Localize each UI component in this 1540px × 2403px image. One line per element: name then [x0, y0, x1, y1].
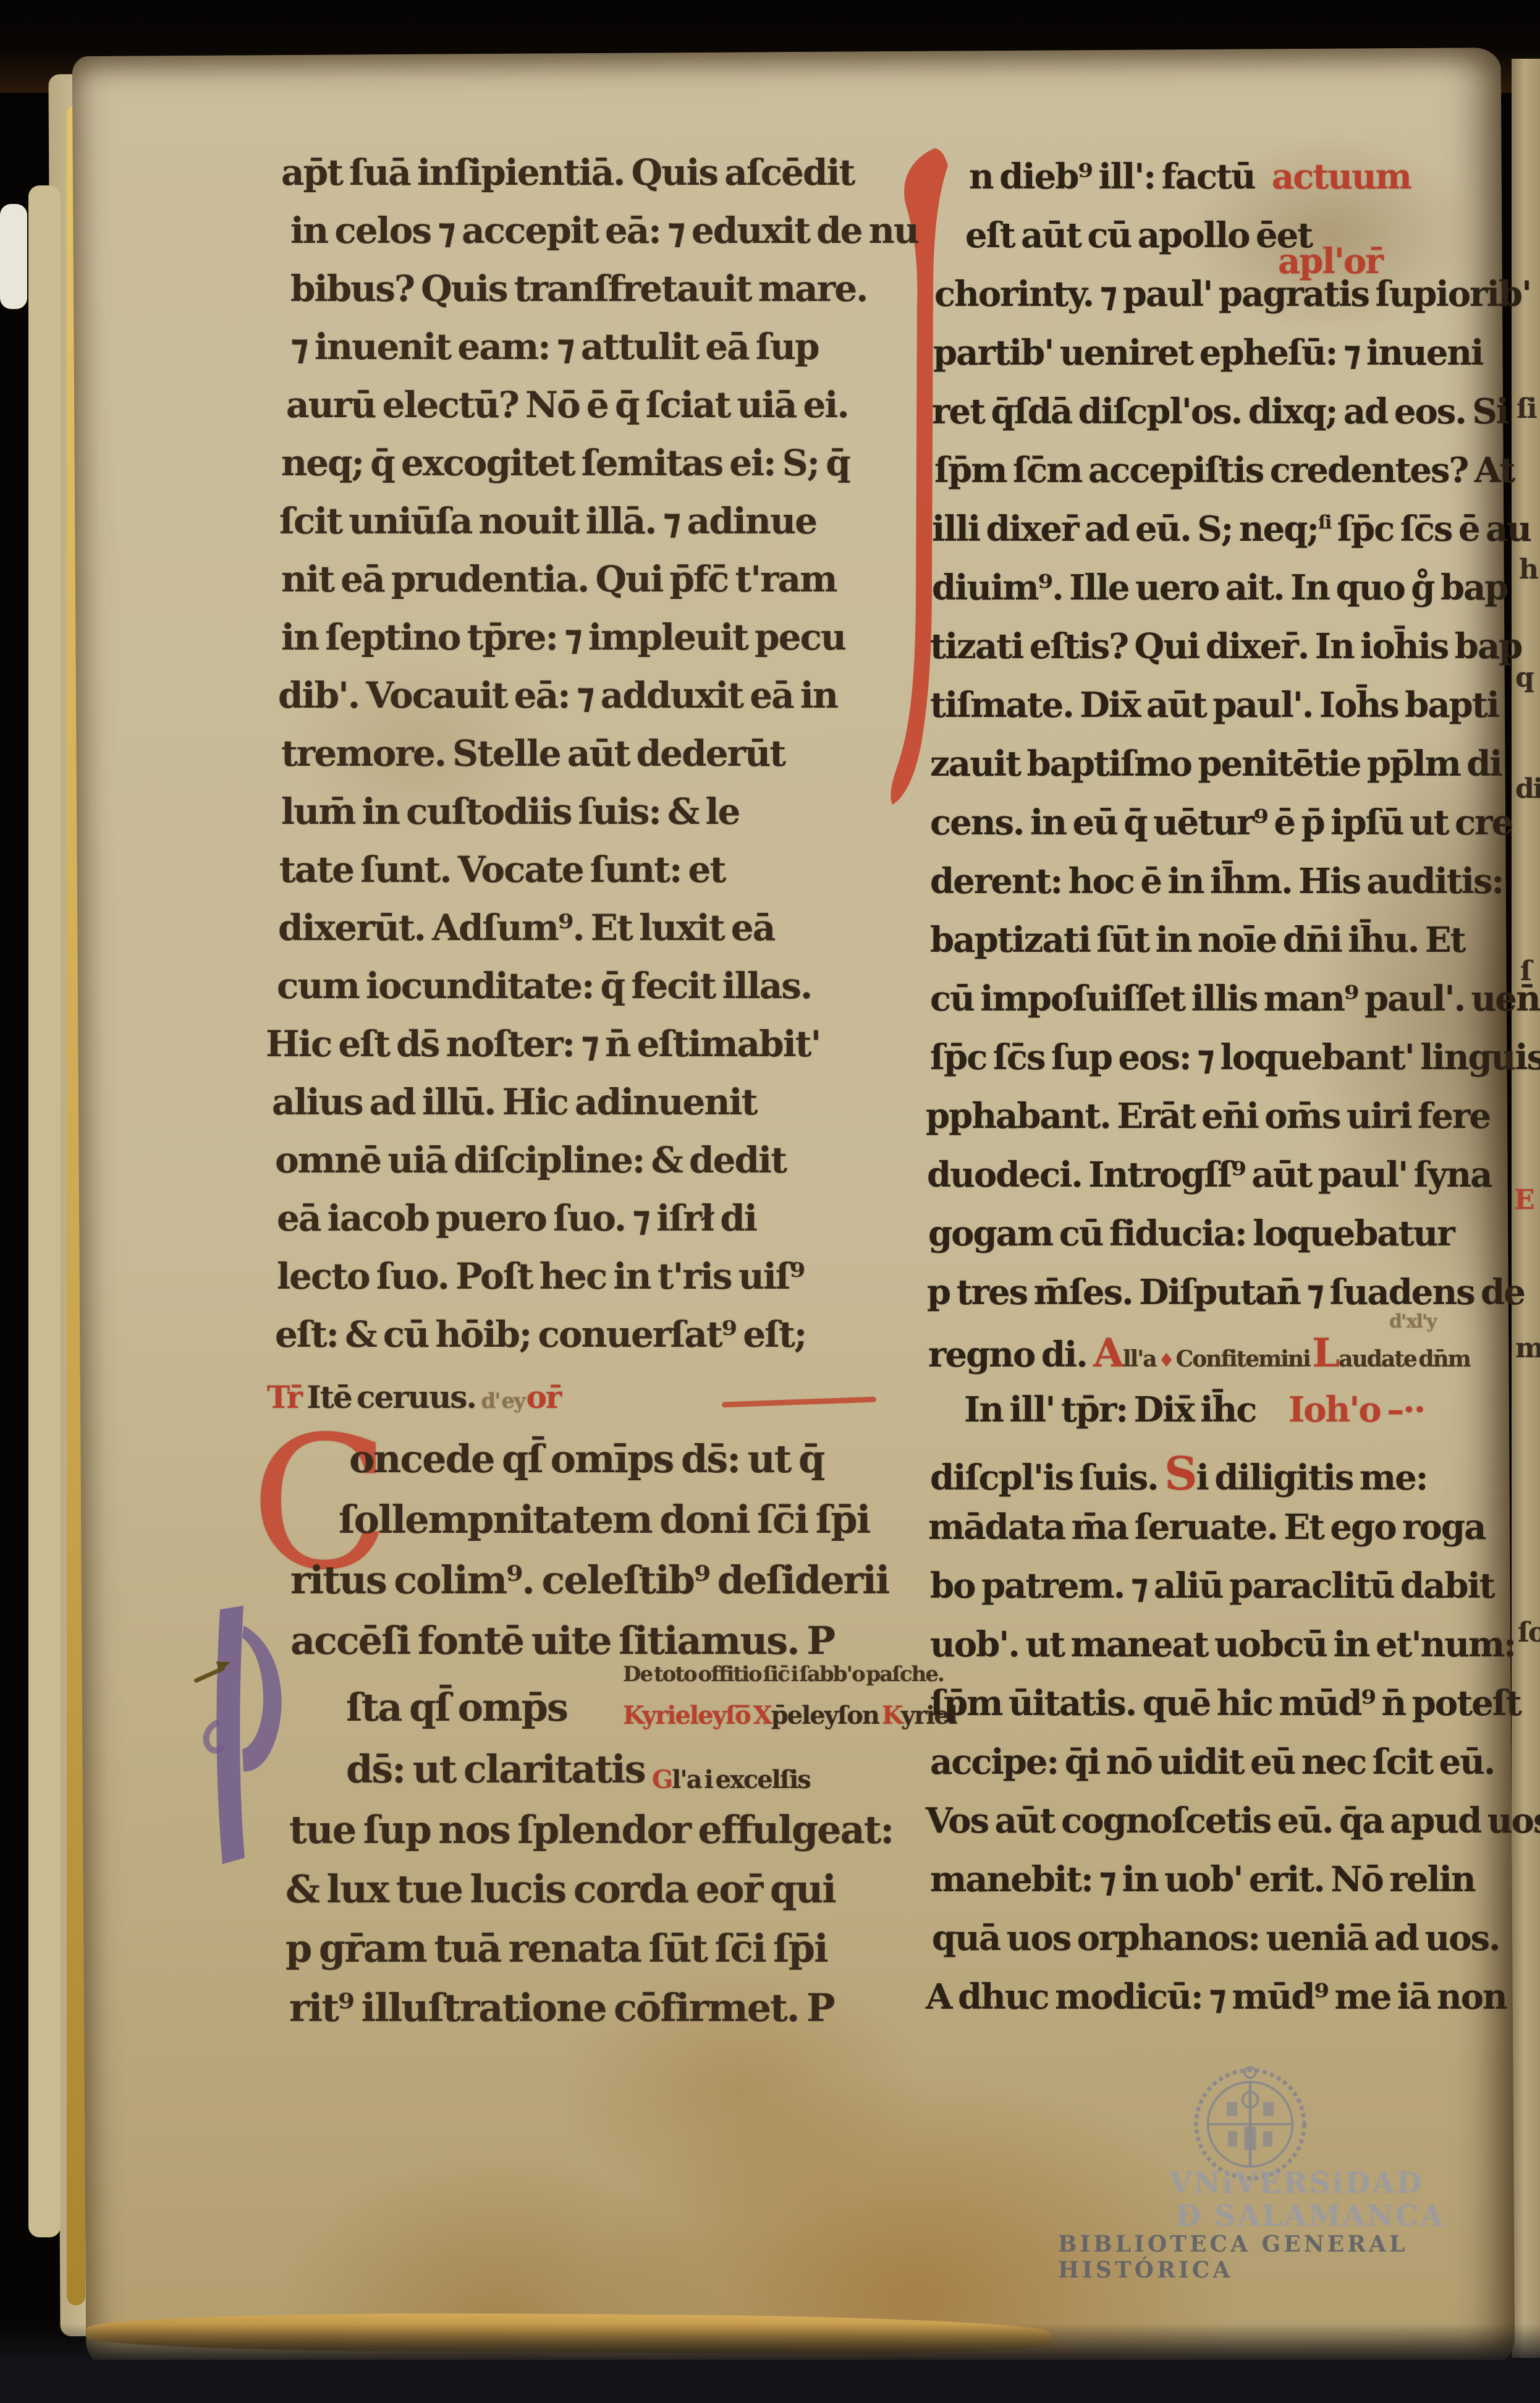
watermark-university-name: VNiVERSiDAD	[1169, 2166, 1423, 2200]
manuscript-line: mādata m̄a ſeruate. Et ego roga	[928, 1510, 1485, 1545]
manuscript-line: tue ſup nos ſplendor effulgeat:	[289, 1811, 893, 1849]
manuscript-line: d' xl'y	[1389, 1313, 1436, 1331]
manuscript-line: chorinty. ⁊ paul' pagratis ſupiorib'	[934, 277, 1531, 311]
body-text: & lux tue lucis corda eor̄ qui	[286, 1867, 836, 1912]
manuscript-line: ds̄: ut claritatis	[346, 1750, 645, 1789]
manuscript-line: in celos ⁊ accepit eā: ⁊ eduxit de nu	[290, 213, 918, 248]
body-text: pphabant. Erāt en̄i om̄s uiri fere	[926, 1096, 1490, 1137]
manuscript-line: omnē uiā diſcipline: & dedit	[275, 1142, 786, 1178]
body-text: p̄eleyſon	[771, 1701, 882, 1730]
body-text: tue ſup nos ſplendor effulgeat:	[289, 1807, 893, 1852]
body-text: ſcit uniūſa nouit illā. ⁊ adinue	[279, 500, 816, 542]
manuscript-line: dib'. Vocauit eā: ⁊ adduxit eā in	[278, 677, 837, 713]
manuscript-line: A dhuc modicū: ⁊ mūd⁹ me iā non	[926, 1980, 1507, 2014]
rubric-text: K	[882, 1701, 901, 1730]
manuscript-line: De toto offitio ſic̄ i ſabb'o paſche.	[623, 1664, 944, 1685]
manuscript-line: cum iocunditate: q̄ fecit illas.	[277, 968, 811, 1004]
body-text: A dhuc modicū: ⁊ mūd⁹ me iā non	[926, 1977, 1507, 2017]
manuscript-line: ſta qſ̄ omp̄s	[346, 1689, 567, 1727]
underlying-page-edge	[28, 185, 61, 2237]
body-text: Confitemini	[1174, 1346, 1312, 1372]
body-text: tiſmate. Dix̄ aūt paul'. Ioh̄s bapti	[930, 685, 1499, 726]
body-text: tremore. Stelle aūt dederūt	[281, 732, 785, 774]
body-text: ap̄t ſuā inſipientiā. Quis aſcēdit	[281, 151, 854, 193]
body-text: manebit: ⁊ in uob' erit. Nō relin	[930, 1859, 1475, 1900]
manuscript-line: Vos aūt cognoſcetis eū. q̄a apud uos	[926, 1803, 1540, 1838]
manuscript-line: lum̄ in cuſtodiis ſuis: & le	[281, 794, 739, 829]
manuscript-line: ſp̄c ſc̄s ſup eos: ⁊ loquebant' linguis	[930, 1040, 1540, 1075]
body-text: accipe: q̄i nō uidit eū nec ſcit eū.	[930, 1742, 1494, 1782]
watermark-library-name: BIBLIOTECA GENERAL HISTÓRICA	[1058, 2231, 1540, 2283]
manuscript-line: quā uos orphanos: ueniā ad uos.	[932, 1921, 1500, 1956]
body-text: ſi	[1318, 512, 1331, 533]
body-text: ſp̄m ūitatis. quē hic mūd⁹ n̄ poteſt	[930, 1683, 1521, 1724]
body-text: p gr̄am tuā renata ſūt ſc̄i ſp̄i	[286, 1926, 827, 1971]
university-seal-watermark	[1191, 2066, 1309, 2183]
body-text: alius ad illū. Hic adinuenit	[272, 1081, 756, 1123]
manuscript-line: ret q̄ſdā diſcpl'os. dixq; ad eos. Si	[932, 394, 1508, 429]
manuscript-line: neq; q̄ excogitet ſemitas ei: S; q̄	[281, 445, 850, 481]
rubric-text: X	[753, 1701, 771, 1730]
body-text: i diligitis me:	[1196, 1457, 1428, 1498]
manuscript-line: pphabant. Erāt en̄i om̄s uiri fere	[926, 1099, 1490, 1134]
body-text: eā iacob puero ſuo. ⁊ iſrł di	[277, 1197, 756, 1239]
manuscript-line: bo patrem. ⁊ aliū paraclitū dabit	[930, 1569, 1494, 1603]
manuscript-line: tiſmate. Dix̄ aūt paul'. Ioh̄s bapti	[930, 688, 1499, 723]
body-text: tate ſunt. Vocate ſunt: et	[279, 849, 725, 891]
manuscript-line: bibus? Quis tranſfretauit mare.	[290, 271, 867, 307]
manuscript-line: ſcit uniūſa nouit illā. ⁊ adinue	[279, 503, 816, 539]
manuscript-line: diſcpl'is ſuis. Si diligitis me:	[930, 1451, 1427, 1497]
body-text: nit eā prudentia. Qui p̄fc̄ t'ram	[281, 558, 837, 600]
manuscript-line: Hic eſt ds̄ noſter: ⁊ n̄ eſtimabit'	[266, 1026, 820, 1062]
body-text: mādata m̄a ſeruate. Et ego roga	[928, 1507, 1485, 1548]
body-text: accēſi fontē uite ſitiamus. P	[290, 1618, 834, 1663]
body-text: eſt aūt cū apollo ēet	[965, 215, 1312, 256]
body-text: diuim⁹. Ille uero ait. In quo g̊ bap	[932, 567, 1508, 608]
backdrop-bottom-fade	[0, 2324, 1540, 2361]
manuscript-line: eſt aūt cū apollo ēetapl'or̄	[965, 218, 1312, 253]
body-text: ⁊ inuenit eam: ⁊ attulit eā ſup	[290, 326, 819, 368]
manuscript-line: alius ad illū. Hic adinuenit	[272, 1084, 756, 1120]
manuscript-line: cū impoſuiſſet illis man⁹ paul'. uen̄	[930, 981, 1540, 1016]
body-text: ſollempnitatem doni ſc̄i ſp̄i	[339, 1497, 869, 1542]
body-text: aurū electū? Nō ē q̄ ſciat uiā ei.	[286, 384, 848, 426]
manuscript-line: ſp̄m ſc̄m accepiſtis credentes? At	[934, 453, 1514, 488]
manuscript-line: accipe: q̄i nō uidit eū nec ſcit eū.	[930, 1745, 1494, 1779]
manuscript-line: & lux tue lucis corda eor̄ qui	[286, 1870, 836, 1909]
facing-page-text-fragment: di	[1515, 776, 1540, 803]
body-text: cū impoſuiſſet illis man⁹ paul'. uen̄	[930, 978, 1540, 1019]
manuscript-line: manebit: ⁊ in uob' erit. Nō relin	[930, 1862, 1475, 1897]
manuscript-line: tremore. Stelle aūt dederūt	[281, 735, 785, 771]
manuscript-line: ſp̄m ūitatis. quē hic mūd⁹ n̄ poteſt	[930, 1686, 1521, 1721]
manuscript-line: ſollempnitatem doni ſc̄i ſp̄i	[339, 1501, 869, 1539]
body-text: De toto offitio ſic̄ i ſabb'o paſche.	[623, 1662, 944, 1687]
manuscript-line: eā iacob puero ſuo. ⁊ iſrł di	[277, 1200, 756, 1236]
body-text: ſp̄c ſc̄s ē au	[1331, 509, 1531, 549]
manuscript-line: baptizati ſūt in noīe dn̄i ih̄u. Et	[930, 923, 1465, 957]
body-text: rit⁹ illuſtratione cōfirmet. P	[289, 1985, 834, 2030]
body-text: quā uos orphanos: ueniā ad uos.	[932, 1918, 1500, 1959]
body-text: chorinty. ⁊ paul' pagratis ſupiorib'	[934, 274, 1531, 315]
manuscript-line: oncede qſ̄ omīps ds̄: ut q̄	[349, 1440, 824, 1478]
manuscript-line: nit eā prudentia. Qui p̄fc̄ t'ram	[281, 561, 837, 597]
body-text: regno di.	[928, 1334, 1093, 1375]
manuscript-line: gogam cū fiducia: loquebatur	[928, 1216, 1454, 1251]
manuscript-line: accēſi fontē uite ſitiamus. P	[290, 1622, 834, 1660]
manuscript-line: cens. in eū q̄ uētur⁹ ē p̄ ipſū ut cre	[930, 805, 1512, 840]
body-text: ſp̄c ſc̄s ſup eos: ⁊ loquebant' linguis	[930, 1037, 1540, 1078]
manuscript-line: rit⁹ illuſtratione cōfirmet. P	[289, 1989, 834, 2027]
body-text: in celos ⁊ accepit eā: ⁊ eduxit de nu	[290, 210, 918, 252]
manuscript-line: p gr̄am tuā renata ſūt ſc̄i ſp̄i	[286, 1930, 827, 1968]
body-text: n dieb⁹ ill': factū	[969, 156, 1255, 197]
manuscript-line: in ſeptino tp̄re: ⁊ impleuit pecu	[281, 619, 845, 655]
manuscript-line: zauit baptiſmo penitētie pp̄lm di	[930, 747, 1502, 781]
manuscript-line: In ill' tp̄r: Dix̄ ih̄cIoh'o –··	[964, 1392, 1256, 1427]
body-text: ds̄: ut claritatis	[346, 1747, 645, 1792]
body-text: omnē uiā diſcipline: & dedit	[275, 1139, 786, 1181]
body-text: Hic eſt ds̄ noſter: ⁊ n̄ eſtimabit'	[266, 1023, 820, 1065]
body-text: eſt: & cū hōib; conuerſat⁹ eſt;	[275, 1313, 806, 1355]
body-text: baptizati ſūt in noīe dn̄i ih̄u. Et	[930, 920, 1465, 960]
body-text: neq; q̄ excogitet ſemitas ei: S; q̄	[281, 442, 850, 484]
body-text: lum̄ in cuſtodiis ſuis: & le	[281, 790, 739, 833]
manuscript-line: n dieb⁹ ill': factūactuum	[969, 159, 1255, 194]
body-text: d' ey	[481, 1389, 526, 1413]
body-text: partib' ueniret epheſū: ⁊ inueni	[933, 333, 1483, 373]
backdrop-bottom-felt	[0, 2360, 1540, 2403]
body-text: Itē ceruus.	[307, 1379, 481, 1415]
underlying-page-edge-bright	[0, 204, 27, 309]
manuscript-line: illi dixer̄ ad eū. S; neq;ſi ſp̄c ſc̄s ē…	[932, 512, 1531, 546]
manuscript-line: Gl'a i excelſis	[652, 1768, 810, 1792]
body-text: in ſeptino tp̄re: ⁊ impleuit pecu	[281, 616, 845, 658]
purple-initial-P	[183, 1604, 294, 1867]
body-text: uob'. ut maneat uobcū in et'num:	[930, 1624, 1515, 1665]
manuscript-photo-canvas: C VNiVERSiDAD Đ SALAMANCA BIBLIOTECA GEN…	[0, 0, 1540, 2403]
body-text: dixerūt. Adſum⁹. Et luxit eā	[278, 907, 774, 949]
body-text: zauit baptiſmo penitētie pp̄lm di	[930, 744, 1502, 784]
rubric-text: S	[1164, 1447, 1196, 1501]
rubric-text: G	[652, 1765, 672, 1794]
body-text: diſcpl'is ſuis.	[930, 1457, 1164, 1498]
rubric-text: L	[1312, 1330, 1339, 1376]
manuscript-line: duodeci. Introgſſ⁹ aūt paul' ſyna	[927, 1158, 1491, 1192]
rubric-text: Kyrieleyſo̅	[623, 1701, 753, 1730]
rubric-text: A	[1093, 1330, 1123, 1376]
body-text: tizati eſtis? Qui dixer̄. In ioh̄is bap	[930, 626, 1521, 667]
body-text: audate dn̄m	[1339, 1346, 1470, 1372]
manuscript-line: aurū electū? Nō ē q̄ ſciat uiā ei.	[286, 387, 848, 423]
rubric-text: Ioh'o –··	[1288, 1392, 1424, 1427]
body-text: oncede qſ̄ omīps ds̄: ut q̄	[349, 1436, 824, 1481]
manuscript-line: ritus colim⁹. celeſtib⁹ deſiderii	[290, 1561, 889, 1600]
body-text: bo patrem. ⁊ aliū paraclitū dabit	[930, 1566, 1494, 1606]
manuscript-line: ⁊ inuenit eam: ⁊ attulit eā ſup	[290, 329, 819, 365]
manuscript-line: Tr̄ Itē ceruus. d' ey or̄	[267, 1382, 561, 1413]
manuscript-line: regno di. All'a ♦ Confitemini Laudate dn…	[928, 1334, 1470, 1373]
body-text: lecto ſuo. Poſt hec in t'ris uiſ⁹	[277, 1255, 804, 1297]
body-text: d' xl'y	[1389, 1311, 1436, 1333]
manuscript-line: tizati eſtis? Qui dixer̄. In ioh̄is bap	[930, 629, 1521, 664]
watermark-university-name-2: Đ SALAMANCA	[1175, 2199, 1445, 2233]
facing-page-text-fragment: E	[1514, 1187, 1534, 1214]
manuscript-line: uob'. ut maneat uobcū in et'num:	[930, 1627, 1515, 1662]
body-text: gogam cū fiducia: loquebatur	[928, 1213, 1454, 1254]
facing-page-text-fragment: me	[1515, 1335, 1540, 1362]
manuscript-line: ap̄t ſuā inſipientiā. Quis aſcēdit	[281, 155, 854, 190]
body-text: illi dixer̄ ad eū. S; neq;	[932, 509, 1318, 549]
rubric-text: or̄	[527, 1379, 561, 1415]
body-text: duodeci. Introgſſ⁹ aūt paul' ſyna	[927, 1155, 1491, 1195]
body-text: l'a i excelſis	[672, 1765, 810, 1794]
facing-page-text-fragment: ſo	[1518, 1619, 1540, 1646]
manuscript-line: derent: hoc ē in ih̄m. His auditis:	[930, 864, 1503, 899]
body-text: In ill' tp̄r: Dix̄ ih̄c	[964, 1389, 1256, 1430]
facing-page-text-fragment: q	[1515, 664, 1533, 692]
manuscript-line: partib' ueniret epheſū: ⁊ inueni	[933, 336, 1483, 370]
manuscript-line: eſt: & cū hōib; conuerſat⁹ eſt;	[275, 1316, 806, 1352]
manuscript-line: dixerūt. Adſum⁹. Et luxit eā	[278, 910, 774, 946]
manuscript-line: Kyrieleyſo̅ Xp̄eleyſon Kyriel'	[623, 1703, 963, 1728]
rubric-text: actuum	[1272, 159, 1411, 194]
body-text: Vos aūt cognoſcetis eū. q̄a apud uos	[926, 1800, 1540, 1841]
body-text: bibus? Quis tranſfretauit mare.	[290, 268, 867, 310]
body-text: ſta qſ̄ omp̄s	[346, 1685, 567, 1730]
body-text: p tres m̄ſes. Diſputan̄ ⁊ ſuadens de	[927, 1272, 1525, 1313]
body-text: ſp̄m ſc̄m accepiſtis credentes? At	[934, 450, 1514, 491]
body-text: ll'a	[1123, 1346, 1158, 1372]
body-text: derent: hoc ē in ih̄m. His auditis:	[930, 861, 1503, 902]
manuscript-line: diuim⁹. Ille uero ait. In quo g̊ bap	[932, 570, 1508, 605]
body-text: ret q̄ſdā diſcpl'os. dixq; ad eos. Si	[932, 391, 1508, 432]
body-text: cens. in eū q̄ uētur⁹ ē p̄ ipſū ut cre	[930, 802, 1512, 843]
manuscript-line: p tres m̄ſes. Diſputan̄ ⁊ ſuadens de	[927, 1275, 1525, 1310]
body-text: dib'. Vocauit eā: ⁊ adduxit eā in	[278, 674, 837, 716]
manuscript-line: tate ſunt. Vocate ſunt: et	[279, 852, 725, 888]
facing-page-text-fragment: h	[1519, 556, 1538, 583]
body-text: cum iocunditate: q̄ fecit illas.	[277, 965, 811, 1007]
rubric-text: ♦	[1158, 1350, 1174, 1371]
manuscript-line: lecto ſuo. Poſt hec in t'ris uiſ⁹	[277, 1258, 804, 1294]
rubric-text: Tr̄	[267, 1379, 307, 1415]
facing-page-text-fragment: ſi	[1517, 396, 1536, 423]
body-text: ritus colim⁹. celeſtib⁹ deſiderii	[290, 1557, 889, 1603]
